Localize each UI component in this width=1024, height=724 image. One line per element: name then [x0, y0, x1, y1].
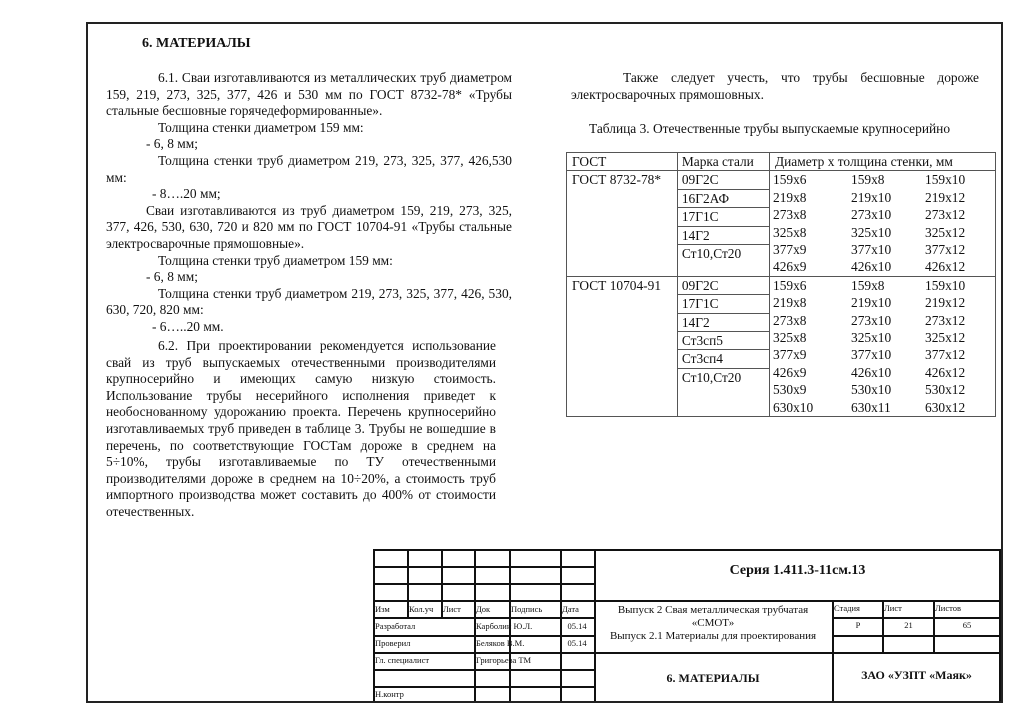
- dimension-value: 530x12: [925, 381, 995, 398]
- steel-grade: Ст3сп4: [678, 350, 769, 368]
- dimension-value: 273x8: [773, 312, 851, 329]
- dimensions-cell: 159x6159x8159x10219x8219x10219x12273x827…: [770, 276, 996, 416]
- dimension-value: 219x12: [925, 189, 995, 206]
- signer-date: 05.14: [561, 621, 593, 631]
- dimension-value: 426x10: [851, 258, 925, 275]
- steel-grade: 16Г2АФ: [678, 190, 769, 208]
- steel-grade: Ст10,Ст20: [678, 369, 769, 386]
- dimension-value: 630x11: [851, 399, 925, 416]
- paragraph-6-1: 6.1. Сваи изготавливаются из металлическ…: [106, 70, 512, 120]
- dimension-value: 159x10: [925, 277, 995, 294]
- table-caption: Таблица 3. Отечественные трубы выпускаем…: [571, 121, 979, 138]
- dimension-value: 377x9: [773, 346, 851, 363]
- paragraph: Толщина стенки труб диаметром 159 мм:: [106, 253, 512, 270]
- dimension-value: 159x6: [773, 171, 851, 188]
- dimension-value: 219x10: [851, 189, 925, 206]
- description: Выпуск 2 Свая металлическая трубчатая: [594, 604, 832, 616]
- dimension-value: 325x8: [773, 329, 851, 346]
- table-header-row: ГОСТ Марка стали Диаметр х толщина стенк…: [567, 153, 996, 171]
- signer-role: Проверил: [375, 638, 410, 648]
- signer-role: Гл. специалист: [375, 655, 429, 665]
- title-block: ИзмКол.учЛистДокПодписьДатаРазработалКар…: [373, 549, 1001, 701]
- sheets-count: 65: [935, 620, 999, 630]
- dimension-value: 530x9: [773, 381, 851, 398]
- dimension-value: 426x10: [851, 364, 925, 381]
- grid-line: [560, 549, 562, 600]
- dimension-value: 159x8: [851, 171, 925, 188]
- steel-grades-cell: 09Г2С17Г1С14Г2Ст3сп5Ст3сп4Ст10,Ст20: [677, 276, 769, 416]
- steel-grade: 14Г2: [678, 314, 769, 332]
- table-caption-text: Таблица 3. Отечественные трубы выпускаем…: [571, 121, 979, 138]
- column-header: Дата: [562, 604, 579, 614]
- grid-line: [832, 617, 1001, 619]
- section-title: 6. МАТЕРИАЛЫ: [142, 36, 251, 52]
- dimension-value: 426x12: [925, 258, 995, 275]
- dimension-value: 426x9: [773, 364, 851, 381]
- paragraph: Толщина стенки труб диаметром 219, 273, …: [106, 153, 512, 186]
- signer-role: Разработал: [375, 621, 415, 631]
- grid-line: [594, 652, 1001, 654]
- dimension-value: 219x12: [925, 294, 995, 311]
- dimension-value: 219x10: [851, 294, 925, 311]
- dimension-value: 325x8: [773, 224, 851, 241]
- column-header: Лист: [443, 604, 461, 614]
- signer-name: Беляков В.М.: [476, 638, 524, 648]
- column-header: Кол.уч: [409, 604, 433, 614]
- steel-grade: Ст3сп5: [678, 332, 769, 350]
- dimension-value: 219x8: [773, 189, 851, 206]
- dimension-value: 325x12: [925, 329, 995, 346]
- dimensions-cell: 159x6159x8159x10219x8219x10219x12273x827…: [770, 171, 996, 276]
- steel-grade: 14Г2: [678, 227, 769, 245]
- dimension-value: 159x8: [851, 277, 925, 294]
- dimension-value: 273x10: [851, 312, 925, 329]
- signer-name: Григорьева ТМ: [476, 655, 531, 665]
- organization: ЗАО «УЗПТ «Маяк»: [832, 668, 1001, 683]
- dimension-value: 426x9: [773, 258, 851, 275]
- sheet-label: Лист: [884, 603, 902, 613]
- note-paragraph: Также следует учесть, что трубы бесшовны…: [571, 70, 979, 103]
- sheets-label: Листов: [935, 603, 961, 613]
- steel-grade: 17Г1С: [678, 208, 769, 226]
- description: Выпуск 2.1 Материалы для проектирования: [594, 630, 832, 642]
- paragraph: Толщина стенки труб диаметром 219, 273, …: [106, 286, 512, 319]
- dimension-value: 426x12: [925, 364, 995, 381]
- dimension-value: 530x10: [851, 381, 925, 398]
- paragraph: Толщина стенки диаметром 159 мм:: [106, 120, 512, 137]
- dimension-value: 273x8: [773, 206, 851, 223]
- paragraph: - 6…..20 мм.: [106, 319, 512, 336]
- section-name: 6. МАТЕРИАЛЫ: [594, 671, 832, 686]
- gost-cell: ГОСТ 10704-91: [567, 276, 678, 416]
- header-gost: ГОСТ: [567, 153, 678, 171]
- dimension-value: 377x9: [773, 241, 851, 258]
- table-row: ГОСТ 10704-9109Г2С17Г1С14Г2Ст3сп5Ст3сп4С…: [567, 276, 996, 416]
- grid-line: [509, 549, 511, 600]
- right-note: Также следует учесть, что трубы бесшовны…: [571, 70, 979, 103]
- dimension-value: 377x10: [851, 241, 925, 258]
- dimension-value: 377x10: [851, 346, 925, 363]
- dimension-value: 159x6: [773, 277, 851, 294]
- dimension-value: 630x12: [925, 399, 995, 416]
- grid-line: [594, 600, 1001, 602]
- dimension-value: 630x10: [773, 399, 851, 416]
- dimension-value: 273x12: [925, 312, 995, 329]
- grid-line: [474, 549, 476, 600]
- steel-grade: 09Г2С: [678, 171, 769, 189]
- gost-cell: ГОСТ 8732-78*: [567, 171, 678, 276]
- dimension-value: 325x10: [851, 329, 925, 346]
- dimension-value: 325x10: [851, 224, 925, 241]
- paragraph: - 6, 8 мм;: [106, 136, 512, 153]
- dimension-value: 377x12: [925, 241, 995, 258]
- grid-line: [832, 635, 1001, 637]
- paragraph: - 8….20 мм;: [106, 186, 512, 203]
- series-title: Серия 1.411.3-11см.13: [594, 563, 1001, 579]
- stage-value: Р: [834, 620, 882, 630]
- paragraph: - 6, 8 мм;: [106, 269, 512, 286]
- column-header: Изм: [375, 604, 390, 614]
- signer-name: Карболин Ю.Л.: [476, 621, 532, 631]
- sheet-number: 21: [884, 620, 933, 630]
- pipes-table: ГОСТ Марка стали Диаметр х толщина стенк…: [566, 152, 996, 417]
- description: «СМОТ»: [594, 617, 832, 629]
- column-header: Док: [476, 604, 490, 614]
- signer-role: Н.контр: [375, 689, 404, 699]
- steel-grade: 09Г2С: [678, 277, 769, 295]
- grid-line: [373, 549, 1001, 551]
- paragraph-6-2: 6.2. При проектировании рекомендуется ис…: [106, 338, 496, 521]
- column-header: Подпись: [511, 604, 542, 614]
- paragraph: Сваи изготавливаются из труб диаметром 1…: [106, 203, 512, 253]
- table-row: ГОСТ 8732-78*09Г2С16Г2АФ17Г1С14Г2Ст10,Ст…: [567, 171, 996, 276]
- dimension-value: 159x10: [925, 171, 995, 188]
- steel-grade: Ст10,Ст20: [678, 245, 769, 262]
- header-steel: Марка стали: [677, 153, 769, 171]
- header-dims: Диаметр х толщина стенки, мм: [770, 153, 996, 171]
- steel-grade: 17Г1С: [678, 295, 769, 313]
- left-column: 6.1. Сваи изготавливаются из металлическ…: [106, 70, 512, 336]
- grid-line: [441, 549, 443, 600]
- grid-line: [832, 600, 834, 701]
- paragraph-6-2-block: 6.2. При проектировании рекомендуется ис…: [106, 338, 496, 521]
- signer-date: 05.14: [561, 638, 593, 648]
- stage-label: Стадия: [834, 603, 860, 613]
- dimension-value: 219x8: [773, 294, 851, 311]
- dimension-value: 273x10: [851, 206, 925, 223]
- steel-grades-cell: 09Г2С16Г2АФ17Г1С14Г2Ст10,Ст20: [677, 171, 769, 276]
- dimension-value: 377x12: [925, 346, 995, 363]
- dimension-value: 325x12: [925, 224, 995, 241]
- grid-line: [407, 549, 409, 600]
- dimension-value: 273x12: [925, 206, 995, 223]
